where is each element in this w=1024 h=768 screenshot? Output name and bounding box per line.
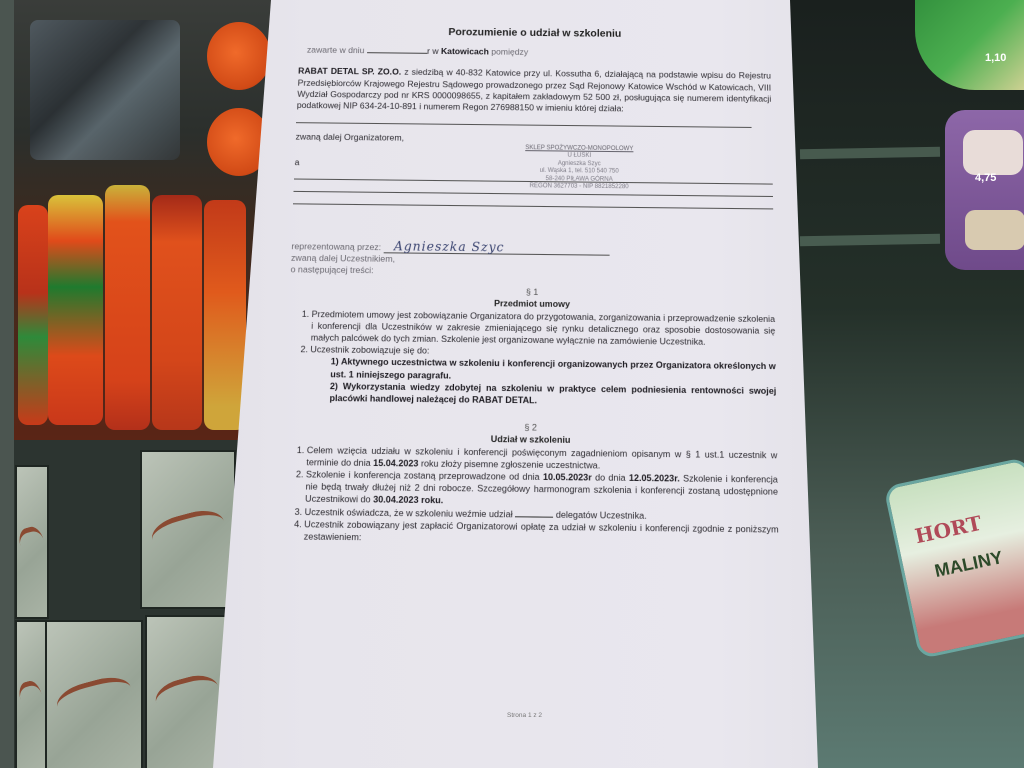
list-item: Uczestnik zobowiązany jest zapłacić Orga… (304, 518, 779, 548)
candy-pack (105, 185, 150, 430)
section-1-list: Przedmiotem umowy jest zobowiązanie Orga… (285, 308, 776, 410)
candy-pack (152, 195, 202, 430)
display-frame (0, 0, 14, 768)
biscuit-pack (44, 620, 143, 768)
signature-line (296, 121, 751, 128)
sub-item: 2) Wykorzystania wiedzy zdobytej na szko… (329, 380, 776, 409)
shop-stamp: SKLEP SPOŻYWCZO-MONOPOLOWY U ŁUSKI Agnie… (503, 145, 656, 192)
participant-line (293, 202, 773, 209)
date-blank (367, 52, 427, 54)
agreement-document: Porozumienie o udział w szkoleniu zawart… (280, 20, 779, 549)
list-item: Przedmiotem umowy jest zobowiązanie Orga… (311, 308, 776, 349)
document-title: Porozumienie o udział w szkoleniu (299, 26, 770, 42)
list-item: Szkolenie i konferencja zostaną przeprow… (305, 469, 778, 511)
intro-line: zawarte w dniu r w Katowicach pomiędzy (299, 45, 771, 61)
candy-pack (48, 195, 103, 425)
handwritten-signature: Agnieszka Szyc (383, 240, 609, 255)
candy-pack (204, 200, 246, 430)
sub-list: 1) Aktywnego uczestnictwa w szkoleniu i … (308, 356, 776, 409)
price-label: 1,10 (985, 52, 1006, 64)
list-item: Uczestnik zobowiązuje się do: 1) Aktywne… (308, 344, 776, 409)
price-label: 4,75 (975, 172, 996, 184)
snack-pack-purple (945, 110, 1024, 270)
candy-pack (18, 205, 48, 425)
section-2-list: Celem wzięcia udziału w szkoleniu i konf… (280, 444, 779, 549)
product-brand: HORT (913, 511, 984, 549)
biscuit-pack (15, 465, 49, 619)
delegates-blank (515, 516, 553, 518)
jar-lid (207, 22, 271, 90)
organizer-paragraph: RABAT DETAL SP. ZO.O. z siedzibą w 40-83… (297, 66, 772, 116)
page-footer: Strona 1 z 2 (507, 712, 542, 719)
biscuit-pack (140, 450, 236, 609)
organizer-name: RABAT DETAL SP. ZO.O. (298, 66, 401, 77)
biscuit-pack (15, 620, 47, 768)
product-name: MALINY (933, 547, 1005, 582)
snack-wrapper (30, 20, 180, 160)
